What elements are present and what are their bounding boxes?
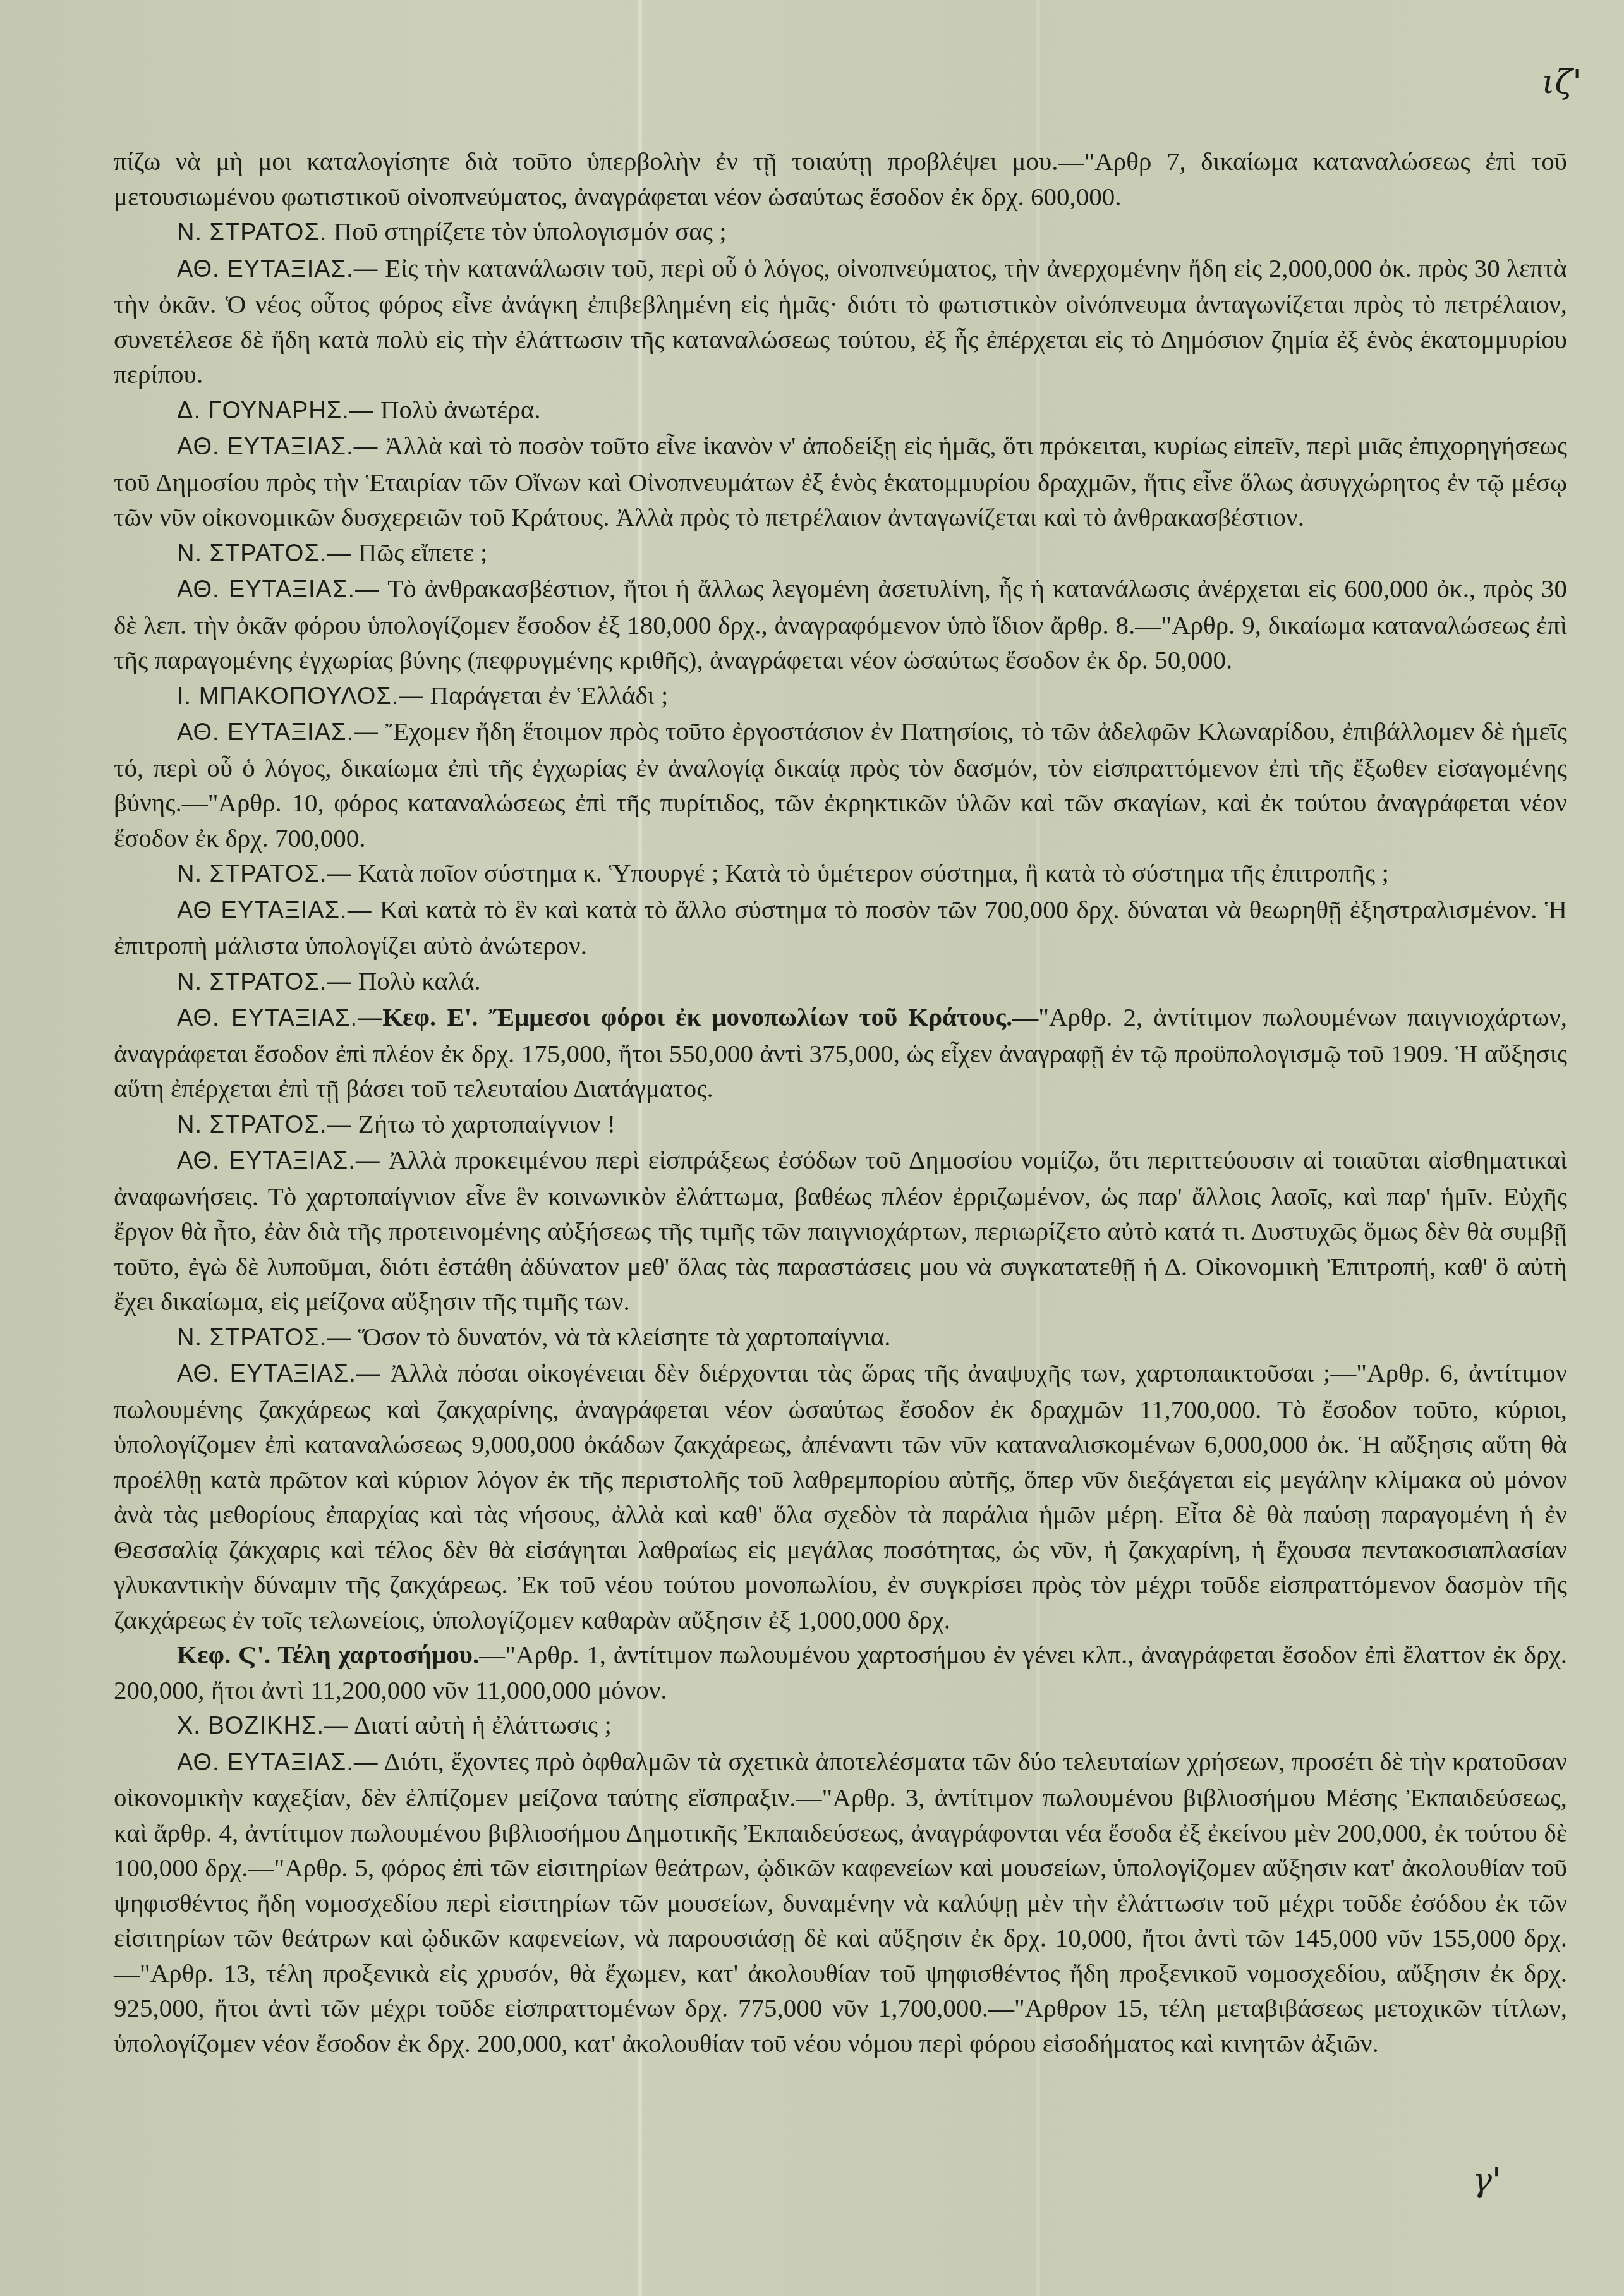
speaker-name: ΑΘ. ΕΥΤΑΞΙΑΣ.— [177, 1148, 380, 1174]
section-heading: Κεφ. Ϛ'. Τέλη χαρτοσήμου. [177, 1640, 479, 1669]
paragraph: ΑΘ. ΕΥΤΑΞΙΑΣ.— Ἔχομεν ἤδη ἕτοιμον πρὸς τ… [114, 714, 1567, 856]
paragraph-text: Πολὺ ἀνωτέρα. [374, 395, 541, 424]
paragraph: Ι. ΜΠΑΚΟΠΟΥΛΟΣ.— Παράγεται ἐν Ἑλλάδι ; [114, 678, 1567, 715]
speaker-name: Ν. ΣΤΡΑΤΟΣ. [177, 219, 327, 246]
paragraph-text: πίζω νὰ μὴ μοι καταλογίσητε διὰ τοῦτο ὑπ… [114, 147, 1567, 211]
speaker-name: Ν. ΣΤΡΑΤΟΣ.— [177, 861, 351, 887]
paragraph: ΑΘ. ΕΥΤΑΞΙΑΣ.— Ἀλλὰ πόσαι οἰκογένειαι δὲ… [114, 1356, 1567, 1637]
speaker-name: ΑΘ ΕΥΤΑΞΙΑΣ.— [177, 897, 372, 924]
speaker-name: ΑΘ. ΕΥΤΑΞΙΑΣ.— [177, 1361, 381, 1387]
paragraph: ΑΘ ΕΥΤΑΞΙΑΣ.— Καὶ κατὰ τὸ ἓν καὶ κατὰ τὸ… [114, 892, 1567, 964]
paragraph: πίζω νὰ μὴ μοι καταλογίσητε διὰ τοῦτο ὑπ… [114, 144, 1567, 214]
speaker-name: ΑΘ. ΕΥΤΑΞΙΑΣ.— [177, 256, 379, 282]
paragraph-text: Διότι, ἔχοντες πρὸ ὀφθαλμῶν τὰ σχετικὰ ἀ… [114, 1747, 1567, 2058]
paragraph-text: Πῶς εἴπετε ; [351, 538, 487, 567]
speaker-name: Χ. ΒΟΖΙΚΗΣ.— [177, 1713, 349, 1739]
paragraph: ΑΘ. ΕΥΤΑΞΙΑΣ.— Ἀλλὰ προκειμένου περὶ εἰσ… [114, 1143, 1567, 1320]
paragraph: Ν. ΣΤΡΑΤΟΣ.— Ζήτω τὸ χαρτοπαίγνιον ! [114, 1107, 1567, 1143]
paragraph: Κεφ. Ϛ'. Τέλη χαρτοσήμου.—"Αρθρ. 1, ἀντί… [114, 1637, 1567, 1708]
speaker-name: Ν. ΣΤΡΑΤΟΣ.— [177, 969, 351, 995]
paragraph: ΑΘ. ΕΥΤΑΞΙΑΣ.— Ἀλλὰ καὶ τὸ ποσὸν τοῦτο ε… [114, 428, 1567, 535]
signature-mark: γ' [1472, 2161, 1501, 2199]
paragraph: Ν. ΣΤΡΑΤΟΣ.— Κατὰ ποῖον σύστημα κ. Ὑπουρ… [114, 856, 1567, 892]
paragraph: ΑΘ. ΕΥΤΑΞΙΑΣ.— Διότι, ἔχοντες πρὸ ὀφθαλμ… [114, 1744, 1567, 2062]
paragraph: Ν. ΣΤΡΑΤΟΣ.— Πῶς εἴπετε ; [114, 535, 1567, 572]
paragraph: Ν. ΣΤΡΑΤΟΣ.— Ὅσον τὸ δυνατόν, νὰ τὰ κλεί… [114, 1320, 1567, 1356]
paragraph-text: Ζήτω τὸ χαρτοπαίγνιον ! [351, 1109, 615, 1138]
paragraph-text: Ποῦ στηρίζετε τὸν ὑπολογισμόν σας ; [327, 217, 726, 246]
paragraph: ΑΘ. ΕΥΤΑΞΙΑΣ.— Εἰς τὴν κατανάλωσιν τοῦ, … [114, 251, 1567, 392]
speaker-name: Δ. ΓΟΥΝΑΡΗΣ.— [177, 398, 374, 424]
paragraph: ΑΘ. ΕΥΤΑΞΙΑΣ.—Κεφ. Ε'. Ἔμμεσοι φόροι ἐκ … [114, 1000, 1567, 1107]
speaker-name: Ν. ΣΤΡΑΤΟΣ.— [177, 540, 351, 567]
paragraph: Ν. ΣΤΡΑΤΟΣ.— Πολὺ καλά. [114, 964, 1567, 1000]
document-body: πίζω νὰ μὴ μοι καταλογίσητε διὰ τοῦτο ὑπ… [114, 144, 1567, 2061]
section-heading: Κεφ. Ε'. Ἔμμεσοι φόροι ἐκ μονοπωλίων τοῦ… [382, 1002, 1012, 1031]
paragraph: Δ. ΓΟΥΝΑΡΗΣ.— Πολὺ ἀνωτέρα. [114, 392, 1567, 429]
speaker-name: ΑΘ. ΕΥΤΑΞΙΑΣ.— [177, 434, 378, 460]
speaker-name: Ν. ΣΤΡΑΤΟΣ.— [177, 1112, 351, 1138]
paragraph-text: Κατὰ ποῖον σύστημα κ. Ὑπουργέ ; Κατὰ τὸ … [351, 858, 1388, 887]
paragraph: ΑΘ. ΕΥΤΑΞΙΑΣ.— Τὸ ἀνθρακασβέστιον, ἤτοι … [114, 571, 1567, 678]
speaker-name: ΑΘ. ΕΥΤΑΞΙΑΣ.— [177, 576, 380, 603]
paragraph-text: Ὅσον τὸ δυνατόν, νὰ τὰ κλείσητε τὰ χαρτο… [351, 1322, 890, 1351]
paragraph: Ν. ΣΤΡΑΤΟΣ. Ποῦ στηρίζετε τὸν ὑπολογισμό… [114, 214, 1567, 251]
speaker-name: Ι. ΜΠΑΚΟΠΟΥΛΟΣ.— [177, 683, 423, 710]
speaker-name: ΑΘ. ΕΥΤΑΞΙΑΣ.— [177, 719, 379, 746]
speaker-name: Ν. ΣΤΡΑΤΟΣ.— [177, 1325, 351, 1351]
paragraph-text: Πολὺ καλά. [351, 966, 480, 995]
paragraph-text: Ἀλλὰ πόσαι οἰκογένειαι δὲν διέρχονται τὰ… [114, 1358, 1567, 1634]
paragraph: Χ. ΒΟΖΙΚΗΣ.— Διατί αὐτὴ ἡ ἐλάττωσις ; [114, 1708, 1567, 1744]
paragraph-text: Παράγεται ἐν Ἑλλάδι ; [423, 681, 668, 710]
speaker-name: ΑΘ. ΕΥΤΑΞΙΑΣ.— [177, 1005, 382, 1031]
speaker-name: ΑΘ. ΕΥΤΑΞΙΑΣ.— [177, 1749, 379, 1776]
page-number: ιζ' [1542, 63, 1582, 101]
paragraph-text: Διατί αὐτὴ ἡ ἐλάττωσις ; [349, 1710, 612, 1739]
